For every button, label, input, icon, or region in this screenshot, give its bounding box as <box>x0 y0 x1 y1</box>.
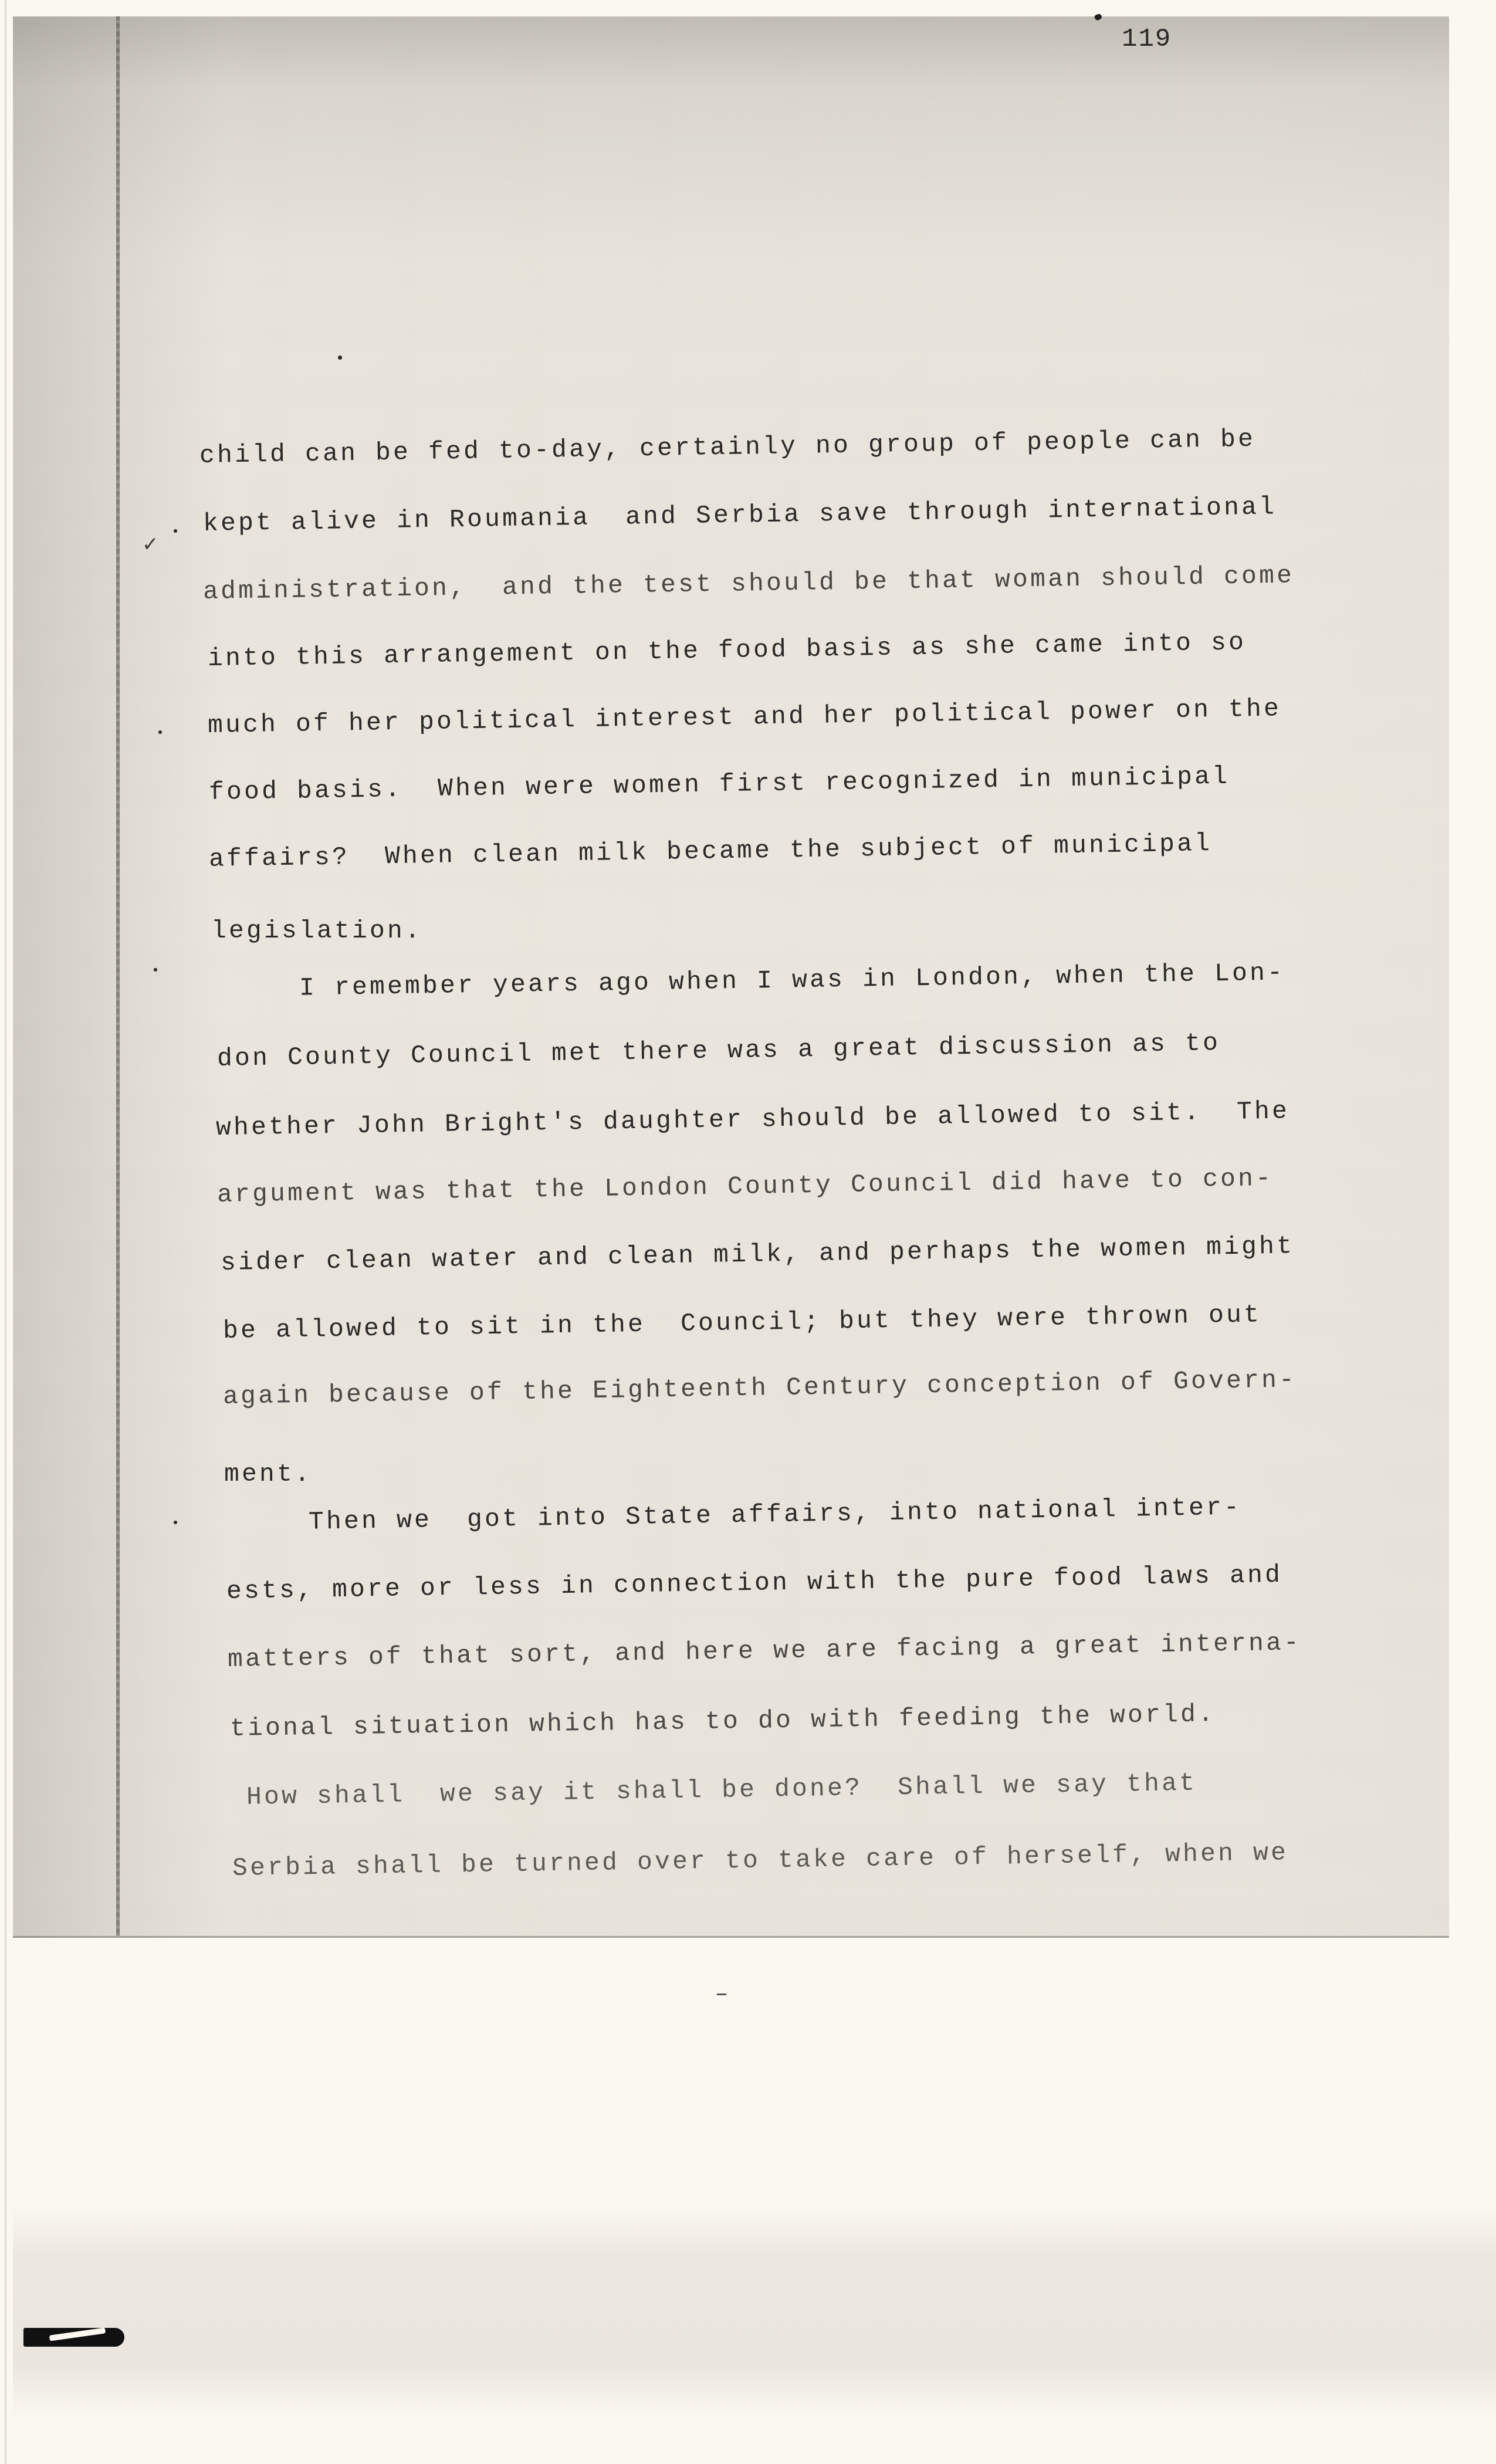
stray-dot <box>174 529 177 533</box>
stray-dot <box>158 730 162 734</box>
text-line: legislation. <box>211 916 422 945</box>
stray-dash-mark <box>717 1993 726 1995</box>
paper-clip-mark <box>23 2328 124 2347</box>
margin-rule-line <box>116 16 120 1936</box>
text-line: ment. <box>224 1460 312 1488</box>
paper-left-edge <box>5 0 6 2464</box>
stray-dot <box>174 1521 177 1524</box>
page-number: 119 <box>1122 25 1172 54</box>
stray-dot <box>338 356 342 360</box>
stray-dot <box>154 968 157 972</box>
check-mark-icon: ✓ <box>142 533 159 556</box>
bottom-shadow-band <box>13 2206 1496 2417</box>
